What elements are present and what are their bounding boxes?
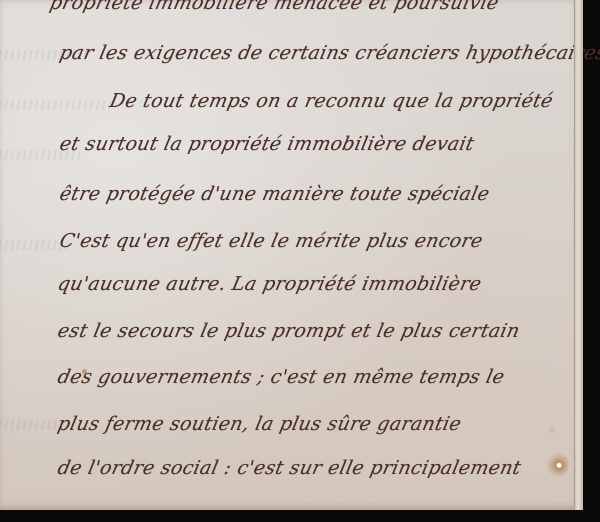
page-edge <box>574 0 583 510</box>
text-line-10: plus ferme soutien, la plus sûre garanti… <box>56 413 464 435</box>
text-line-1: propriété immobilière menacée et poursui… <box>48 0 501 14</box>
text-line-3: De tout temps on a reconnu que la propri… <box>108 90 555 112</box>
paper-stain <box>547 425 557 435</box>
text-line-5: être protégée d'une manière toute spécia… <box>58 183 492 205</box>
text-line-11: de l'ordre social : c'est sur elle princ… <box>56 457 524 479</box>
manuscript-page: propriété immobilière menacée et poursui… <box>0 0 583 510</box>
ink-spot <box>82 369 87 374</box>
text-line-7: qu'aucune autre. La propriété immobilièr… <box>56 273 484 295</box>
text-line-6: C'est qu'en effet elle le mérite plus en… <box>58 230 485 252</box>
paper-stain-hole <box>547 451 569 477</box>
handwritten-text: propriété immobilière menacée et poursui… <box>0 0 583 510</box>
text-line-8: est le secours le plus prompt et le plus… <box>56 320 522 342</box>
text-line-2: par les exigences de certains créanciers… <box>58 42 600 64</box>
text-line-4: et surtout la propriété immobilière deva… <box>58 133 477 155</box>
photo-scene: propriété immobilière menacée et poursui… <box>0 0 600 522</box>
text-line-9: des gouvernements ; c'est en même temps … <box>56 366 507 388</box>
